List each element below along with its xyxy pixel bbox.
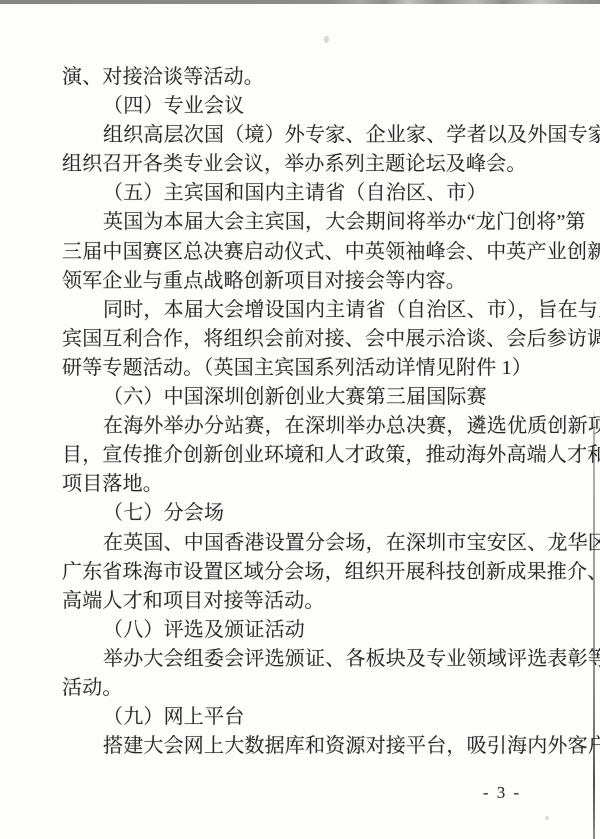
- text-line: （四）专业会议: [62, 92, 546, 121]
- text-line: 三届中国赛区总决赛启动仪式、中英领袖峰会、中英产业创新: [62, 238, 546, 267]
- text-line: 领军企业与重点战略创新项目对接会等内容。: [62, 267, 546, 296]
- text-line: 英国为本届大会主宾国，大会期间将举办“龙门创将”第: [62, 208, 546, 237]
- scanned-document-page: 演、对接洽谈等活动。（四）专业会议组织高层次国（境）外专家、企业家、学者以及外国…: [0, 0, 600, 839]
- text-line: 研等专题活动。（英国主宾国系列活动详情见附件 1）: [62, 354, 546, 383]
- scan-speck-artifact: [545, 816, 549, 820]
- text-line: 组织高层次国（境）外专家、企业家、学者以及外国专家: [62, 121, 546, 150]
- scan-edge-right-artifact: [593, 408, 595, 839]
- text-line: 搭建大会网上大数据库和资源对接平台，吸引海内外客户: [62, 732, 546, 761]
- text-line: （六）中国深圳创新创业大赛第三届国际赛: [62, 383, 546, 412]
- page-number: - 3 -: [462, 783, 542, 803]
- scan-speck-artifact: [324, 36, 329, 43]
- text-line: 宾国互利合作，将组织会前对接、会中展示洽谈、会后参访调: [62, 325, 546, 354]
- text-line: 广东省珠海市设置区域分会场，组织开展科技创新成果推介、: [62, 558, 546, 587]
- text-line: （九）网上平台: [62, 703, 546, 732]
- text-line: 演、对接洽谈等活动。: [62, 63, 546, 92]
- document-body-text: 演、对接洽谈等活动。（四）专业会议组织高层次国（境）外专家、企业家、学者以及外国…: [62, 63, 546, 761]
- text-line: （八）评选及颁证活动: [62, 616, 546, 645]
- text-line: 同时，本届大会增设国内主请省（自治区、市），旨在与主: [62, 296, 546, 325]
- text-line: （五）主宾国和国内主请省（自治区、市）: [62, 179, 546, 208]
- text-line: 在英国、中国香港设置分会场，在深圳市宝安区、龙华区，: [62, 529, 546, 558]
- text-line: 高端人才和项目对接等活动。: [62, 587, 546, 616]
- text-line: （七）分会场: [62, 499, 546, 528]
- text-line: 项目落地。: [62, 470, 546, 499]
- text-line: 举办大会组委会评选颁证、各板块及专业领域评选表彰等: [62, 645, 546, 674]
- text-line: 组织召开各类专业会议，举办系列主题论坛及峰会。: [62, 150, 546, 179]
- text-line: 在海外举办分站赛，在深圳举办总决赛，遴选优质创新项: [62, 412, 546, 441]
- text-line: 活动。: [62, 674, 546, 703]
- text-line: 目，宣传推介创新创业环境和人才政策，推动海外高端人才和: [62, 441, 546, 470]
- scan-edge-top-artifact: [0, 0, 600, 4]
